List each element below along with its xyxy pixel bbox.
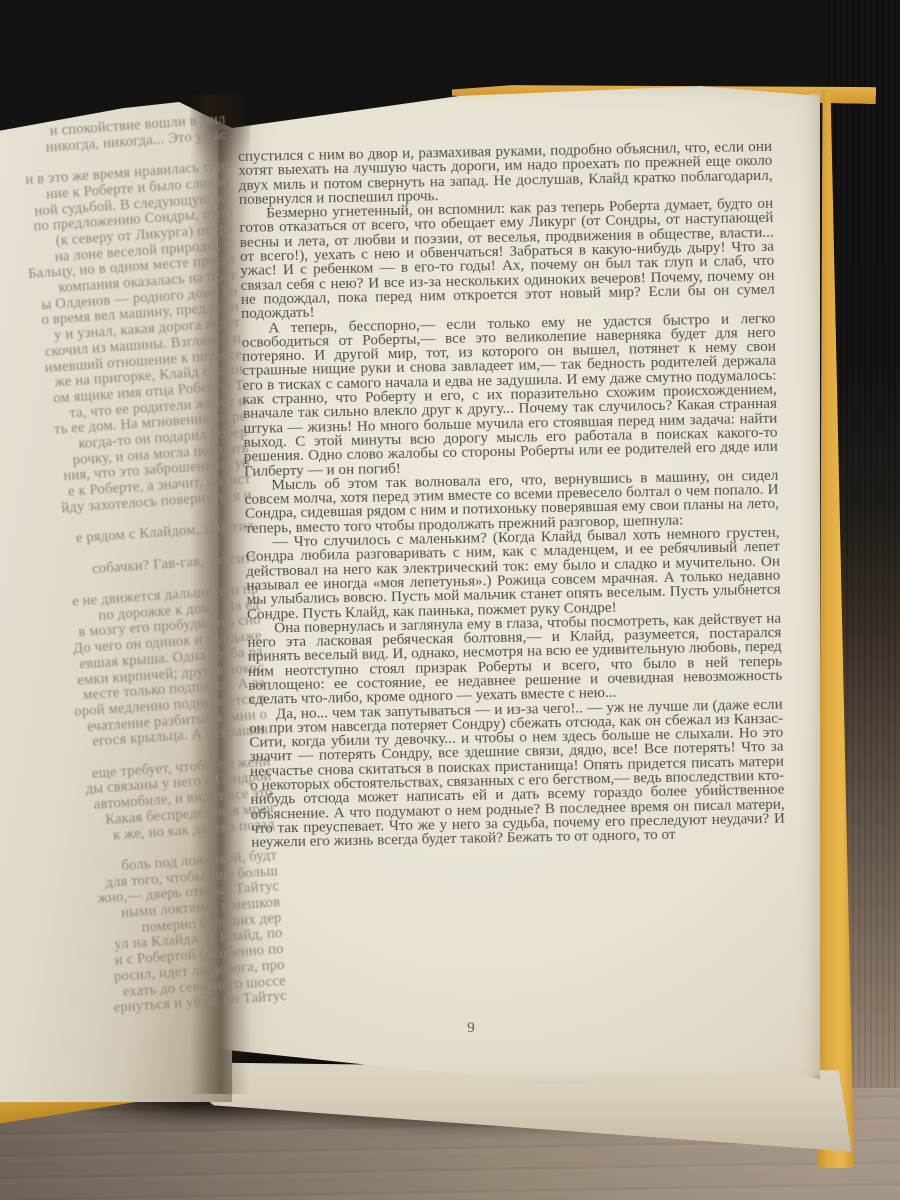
paragraph: — Что случилось с маленьким? (Когда Клай… <box>245 526 781 622</box>
right-page-text: спустился с ним во двор и, размахивая ру… <box>238 140 785 851</box>
book-photo-scene: и спокойствие вошли в милникогда, никогд… <box>0 0 900 1200</box>
paragraph: А теперь, бесспорно,— если только ему не… <box>241 311 778 478</box>
paragraph: Она повернулась и заглянула ему в глаза,… <box>247 611 783 707</box>
paragraph: Безмерно угнетенный, он вспомнил: как ра… <box>239 197 775 322</box>
paragraph: Да, но... чем так запутываться — и из-за… <box>249 697 786 850</box>
